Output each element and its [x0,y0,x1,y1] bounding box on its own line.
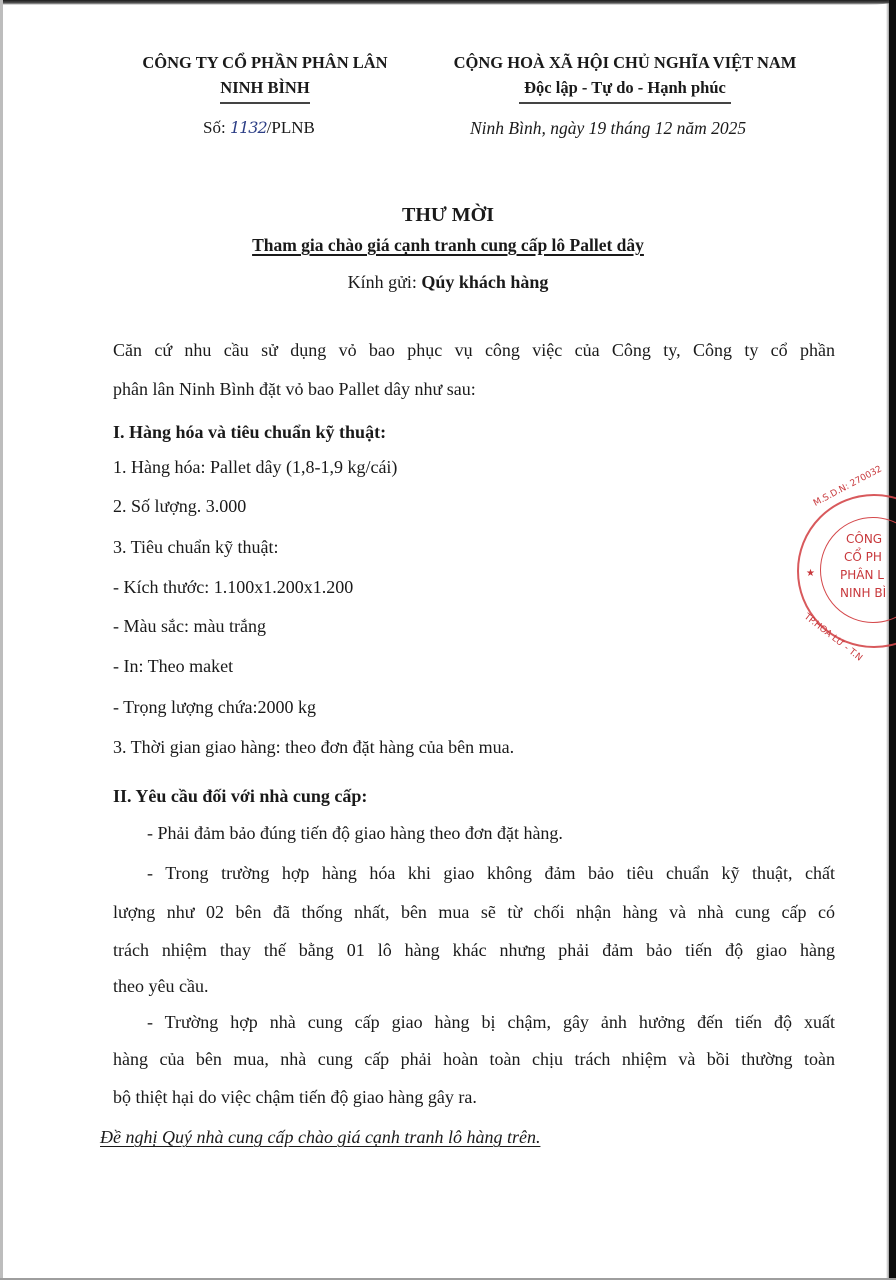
requirement-3-line-1: - Trường hợp nhà cung cấp giao hàng bị c… [147,1010,835,1034]
company-name-line2: NINH BÌNH [120,75,410,100]
doc-number-suffix: /PLNB [267,118,315,137]
section-1-item: 1. Hàng hóa: Pallet dây (1,8-1,9 kg/cái) [113,455,397,479]
requirement-2-line-1: - Trong trường hợp hàng hóa khi giao khô… [147,861,835,885]
requirement-3-line-2: hàng của bên mua, nhà cung cấp phải hoàn… [113,1047,835,1071]
stamp-text-line: PHÂN L [840,568,884,582]
company-name-line1: CÔNG TY CỔ PHẦN PHÂN LÂN [120,50,410,75]
stamp-star-icon: ★ [806,568,815,579]
requirement-2-line-4: theo yêu cầu. [113,974,208,998]
section-1-item: 2. Số lượng. 3.000 [113,494,246,518]
requirement-3-line-3: bộ thiệt hại do việc chậm tiến độ giao h… [113,1085,477,1109]
section-1-item: - Kích thước: 1.100x1.200x1.200 [113,575,353,599]
section-1-item: - Màu sắc: màu trắng [113,614,266,638]
document-title: THƯ MỜI [0,201,896,229]
intro-line-1: Căn cứ nhu cầu sử dụng vỏ bao phục vụ cô… [113,338,835,362]
company-underline [220,102,310,104]
requirement-2-line-3: trách nhiệm thay thế bằng 01 lô hàng khá… [113,938,835,962]
salutation-label: Kính gửi: [348,272,422,292]
national-motto: Độc lập - Tự do - Hạnh phúc [430,75,820,100]
section-1-heading: I. Hàng hóa và tiêu chuẩn kỹ thuật: [113,420,386,444]
salutation-recipient: Qúy khách hàng [421,272,548,292]
closing-request: Đề nghị Quý nhà cung cấp chào giá cạnh t… [100,1125,540,1149]
intro-line-2: phân lân Ninh Bình đặt vỏ bao Pallet dây… [113,377,476,401]
national-header: CỘNG HOÀ XÃ HỘI CHỦ NGHĨA VIỆT NAM Độc l… [430,50,820,104]
republic-name: CỘNG HOÀ XÃ HỘI CHỦ NGHĨA VIỆT NAM [430,50,820,75]
doc-number-handwritten: 1132 [230,118,267,137]
section-1-item: 3. Tiêu chuẩn kỹ thuật: [113,535,279,559]
requirement-1: - Phải đảm bảo đúng tiến độ giao hàng th… [147,821,563,845]
salutation: Kính gửi: Qúy khách hàng [0,269,896,295]
section-2-heading: II. Yêu cầu đối với nhà cung cấp: [113,784,367,808]
section-1-item: - Trọng lượng chứa:2000 kg [113,695,316,719]
section-1-item: 3. Thời gian giao hàng: theo đơn đặt hàn… [113,735,514,759]
doc-number-label: Số: [203,118,230,137]
section-1-item: - In: Theo maket [113,654,233,678]
document-number: Số: 1132/PLNB [203,116,315,140]
stamp-text-line: NINH BÌ [840,586,886,600]
company-header: CÔNG TY CỔ PHẦN PHÂN LÂN NINH BÌNH [120,50,410,104]
stamp-text-line: CÔNG [846,532,882,546]
place-date: Ninh Bình, ngày 19 tháng 12 năm 2025 [470,116,746,140]
scan-edge-top [0,0,896,5]
motto-underline [519,102,731,104]
stamp-text-line: CỔ PH [844,550,882,564]
document-subtitle: Tham gia chào giá cạnh tranh cung cấp lô… [0,233,896,257]
document-page: CÔNG TY CỔ PHẦN PHÂN LÂN NINH BÌNH CỘNG … [0,0,896,1280]
scan-edge-left [0,0,3,1280]
requirement-2-line-2: lượng như 02 bên đã thống nhất, bên mua … [113,900,835,924]
